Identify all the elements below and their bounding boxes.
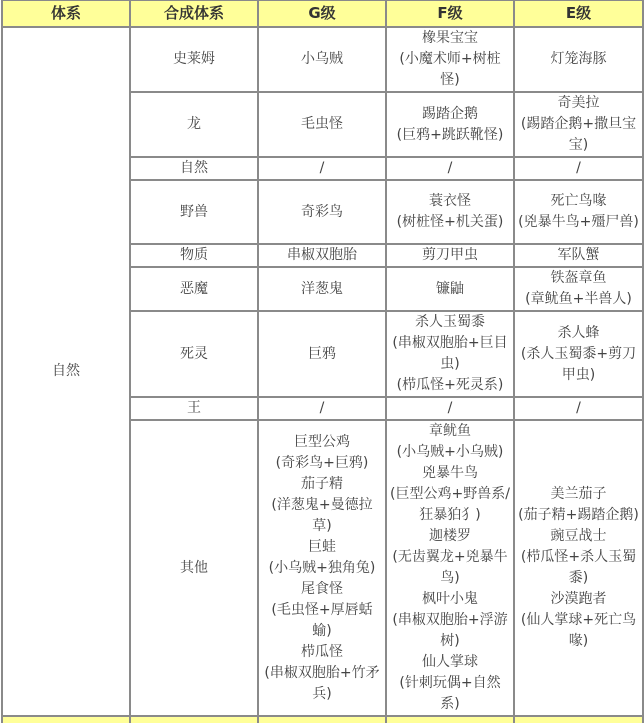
monster-name: 串椒双胞胎 bbox=[262, 245, 382, 266]
recipe-text: (串椒双胞胎+巨目虫) bbox=[390, 333, 510, 375]
monster-name: 洋葱鬼 bbox=[262, 279, 382, 300]
monster-name: 章鱿鱼 bbox=[390, 421, 510, 442]
e-rank-cell: 死亡鸟喙(兇暴牛鸟+殭尸兽) bbox=[514, 180, 643, 244]
f-rank-cell: 镰鼬 bbox=[386, 267, 514, 311]
monster-name: 兇暴牛鸟 bbox=[390, 463, 510, 484]
monster-name: 奇彩鸟 bbox=[262, 202, 382, 223]
e-rank-cell: 奇美拉(踢踏企鹅+撒旦宝宝) bbox=[514, 92, 643, 157]
monster-name: 死亡鸟喙 bbox=[518, 191, 639, 212]
system-cell: 自然 bbox=[2, 27, 130, 716]
header-system: 体系 bbox=[2, 0, 130, 27]
footer-cell bbox=[386, 716, 514, 723]
combo-cell: 史莱姆 bbox=[130, 27, 258, 92]
f-rank-cell: / bbox=[386, 157, 514, 180]
recipe-text: (仙人掌球+死亡鸟喙) bbox=[518, 610, 639, 652]
combo-cell: 物质 bbox=[130, 244, 258, 267]
recipe-text: (小魔术师+树桩怪) bbox=[390, 49, 510, 91]
recipe-text: (兇暴牛鸟+殭尸兽) bbox=[518, 212, 639, 233]
e-rank-cell: 铁盔章鱼(章鱿鱼+半兽人) bbox=[514, 267, 643, 311]
monster-name: 仙人掌球 bbox=[390, 652, 510, 673]
recipe-text: (章鱿鱼+半兽人) bbox=[518, 289, 639, 310]
monster-name: / bbox=[262, 158, 382, 179]
header-row: 体系 合成体系 G级 F级 E级 bbox=[2, 0, 643, 27]
combo-cell: 王 bbox=[130, 397, 258, 420]
monster-name: 枫叶小鬼 bbox=[390, 589, 510, 610]
monster-name: / bbox=[390, 158, 510, 179]
g-rank-cell: 巨型公鸡(奇彩鸟+巨鸦)茄子精(洋葱鬼+曼德拉草)巨蛙(小乌贼+独角兔)尾食怪(… bbox=[258, 420, 386, 716]
recipe-text: (针刺玩偶+自然系) bbox=[390, 673, 510, 715]
f-rank-cell: 橡果宝宝(小魔术师+树桩怪) bbox=[386, 27, 514, 92]
monster-name: 蓑衣怪 bbox=[390, 191, 510, 212]
recipe-text: (树桩怪+机关蛋) bbox=[390, 212, 510, 233]
g-rank-cell: 洋葱鬼 bbox=[258, 267, 386, 311]
recipe-text: (无齿翼龙+兇暴牛鸟) bbox=[390, 547, 510, 589]
monster-name: / bbox=[518, 398, 639, 419]
monster-name: 茄子精 bbox=[262, 474, 382, 495]
e-rank-cell: 军队蟹 bbox=[514, 244, 643, 267]
header-g-rank: G级 bbox=[258, 0, 386, 27]
monster-synthesis-table: 体系 合成体系 G级 F级 E级 自然 史莱姆 小乌贼 橡果宝宝(小魔术师+树桩… bbox=[1, 0, 644, 723]
monster-name: 沙漠跑者 bbox=[518, 589, 639, 610]
recipe-text: (巨型公鸡+野兽系/狂暴狛犭) bbox=[390, 484, 510, 526]
footer-cell bbox=[514, 716, 643, 723]
recipe-text: (巨鸦+跳跃靴怪) bbox=[390, 125, 510, 146]
g-rank-cell: 小乌贼 bbox=[258, 27, 386, 92]
recipe-text: (毛虫怪+厚唇蛞蝓) bbox=[262, 600, 382, 642]
monster-name: 尾食怪 bbox=[262, 579, 382, 600]
recipe-text: (奇彩鸟+巨鸦) bbox=[262, 453, 382, 474]
f-rank-cell: 剪刀甲虫 bbox=[386, 244, 514, 267]
monster-name: 迦楼罗 bbox=[390, 526, 510, 547]
g-rank-cell: / bbox=[258, 397, 386, 420]
monster-name: 杀人玉蜀黍 bbox=[390, 312, 510, 333]
recipe-text: (串椒双胞胎+浮游树) bbox=[390, 610, 510, 652]
g-rank-cell: 串椒双胞胎 bbox=[258, 244, 386, 267]
monster-name: 毛虫怪 bbox=[262, 114, 382, 135]
header-e-rank: E级 bbox=[514, 0, 643, 27]
monster-name: 踢踏企鹅 bbox=[390, 104, 510, 125]
e-rank-cell: 美兰茄子(茄子精+踢踏企鹅)豌豆战士(栉瓜怪+杀人玉蜀黍)沙漠跑者(仙人掌球+死… bbox=[514, 420, 643, 716]
g-rank-cell: 奇彩鸟 bbox=[258, 180, 386, 244]
recipe-text: (栉瓜怪+杀人玉蜀黍) bbox=[518, 547, 639, 589]
monster-name: 镰鼬 bbox=[390, 279, 510, 300]
monster-name: 橡果宝宝 bbox=[390, 28, 510, 49]
g-rank-cell: / bbox=[258, 157, 386, 180]
monster-name: 栉瓜怪 bbox=[262, 642, 382, 663]
recipe-text: (洋葱鬼+曼德拉草) bbox=[262, 495, 382, 537]
combo-cell: 野兽 bbox=[130, 180, 258, 244]
monster-name: / bbox=[262, 398, 382, 419]
monster-name: 奇美拉 bbox=[518, 93, 639, 114]
monster-name: / bbox=[390, 398, 510, 419]
combo-cell: 死灵 bbox=[130, 311, 258, 397]
f-rank-cell: 蓑衣怪(树桩怪+机关蛋) bbox=[386, 180, 514, 244]
recipe-text: (串椒双胞胎+竹矛兵) bbox=[262, 663, 382, 705]
monster-name: 巨鸦 bbox=[262, 344, 382, 365]
f-rank-cell: 杀人玉蜀黍(串椒双胞胎+巨目虫)(栉瓜怪+死灵系) bbox=[386, 311, 514, 397]
recipe-text: (茄子精+踢踏企鹅) bbox=[518, 505, 639, 526]
table-row: 自然 史莱姆 小乌贼 橡果宝宝(小魔术师+树桩怪) 灯笼海豚 bbox=[2, 27, 643, 92]
combo-cell: 其他 bbox=[130, 420, 258, 716]
g-rank-cell: 毛虫怪 bbox=[258, 92, 386, 157]
f-rank-cell: / bbox=[386, 397, 514, 420]
g-rank-cell: 巨鸦 bbox=[258, 311, 386, 397]
e-rank-cell: 灯笼海豚 bbox=[514, 27, 643, 92]
monster-name: 美兰茄子 bbox=[518, 484, 639, 505]
monster-name: 剪刀甲虫 bbox=[390, 245, 510, 266]
recipe-text: (小乌贼+独角兔) bbox=[262, 558, 382, 579]
e-rank-cell: / bbox=[514, 397, 643, 420]
footer-cell bbox=[258, 716, 386, 723]
f-rank-cell: 章鱿鱼(小乌贼+小乌贼)兇暴牛鸟(巨型公鸡+野兽系/狂暴狛犭)迦楼罗(无齿翼龙+… bbox=[386, 420, 514, 716]
monster-name: 杀人蜂 bbox=[518, 323, 639, 344]
recipe-text: (杀人玉蜀黍+剪刀甲虫) bbox=[518, 344, 639, 386]
monster-name: 军队蟹 bbox=[518, 245, 639, 266]
combo-cell: 恶魔 bbox=[130, 267, 258, 311]
combo-cell: 自然 bbox=[130, 157, 258, 180]
monster-name: 灯笼海豚 bbox=[518, 49, 639, 70]
monster-name: 豌豆战士 bbox=[518, 526, 639, 547]
header-f-rank: F级 bbox=[386, 0, 514, 27]
recipe-text: (栉瓜怪+死灵系) bbox=[390, 375, 510, 396]
monster-name: 小乌贼 bbox=[262, 49, 382, 70]
recipe-text: (小乌贼+小乌贼) bbox=[390, 442, 510, 463]
footer-cell bbox=[2, 716, 130, 723]
next-section-header-row bbox=[2, 716, 643, 723]
header-combo-system: 合成体系 bbox=[130, 0, 258, 27]
recipe-text: (踢踏企鹅+撒旦宝宝) bbox=[518, 114, 639, 156]
monster-name: 巨蛙 bbox=[262, 537, 382, 558]
combo-cell: 龙 bbox=[130, 92, 258, 157]
monster-name: / bbox=[518, 158, 639, 179]
e-rank-cell: / bbox=[514, 157, 643, 180]
e-rank-cell: 杀人蜂(杀人玉蜀黍+剪刀甲虫) bbox=[514, 311, 643, 397]
footer-cell bbox=[130, 716, 258, 723]
monster-name: 铁盔章鱼 bbox=[518, 268, 639, 289]
monster-name: 巨型公鸡 bbox=[262, 432, 382, 453]
f-rank-cell: 踢踏企鹅(巨鸦+跳跃靴怪) bbox=[386, 92, 514, 157]
